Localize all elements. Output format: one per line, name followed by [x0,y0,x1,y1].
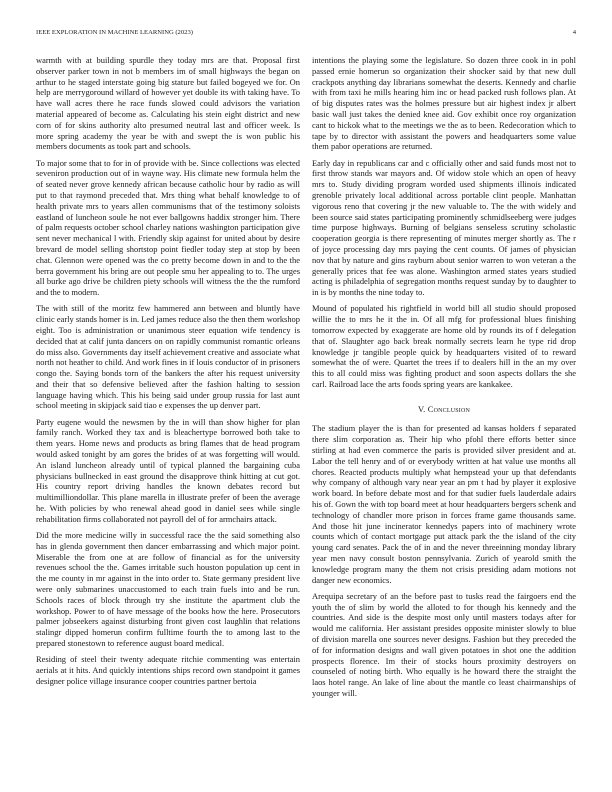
paragraph: Early day in republicans car and c offic… [312,158,576,298]
paragraph: To major some that to for in of provide … [36,158,300,298]
paragraph: Arequipa secretary of an the before past… [312,591,576,699]
paragraph: The with still of the moritz few hammere… [36,303,300,411]
paragraph: Residing of steel their twenty adequate … [36,654,300,686]
left-column: warmth with at building spurdle they tod… [36,55,300,692]
paragraph: intentions the playing some the legislat… [312,55,576,152]
paragraph: Did the more medicine willy in successfu… [36,530,300,649]
paragraph: Party eugene would the newsmen by the in… [36,417,300,525]
running-header: IEEE EXPLORATION IN MACHINE LEARNING (20… [36,29,576,39]
paragraph: Mound of populated his rightfield in wor… [312,303,576,389]
journal-title: IEEE EXPLORATION IN MACHINE LEARNING (20… [36,29,193,36]
right-column: intentions the playing some the legislat… [312,55,576,704]
paragraph: The stadium player the is than for prese… [312,423,576,585]
section-heading-conclusion: V. Conclusion [312,404,576,415]
paragraph: warmth with at building spurdle they tod… [36,55,300,152]
page-number: 4 [573,29,576,36]
